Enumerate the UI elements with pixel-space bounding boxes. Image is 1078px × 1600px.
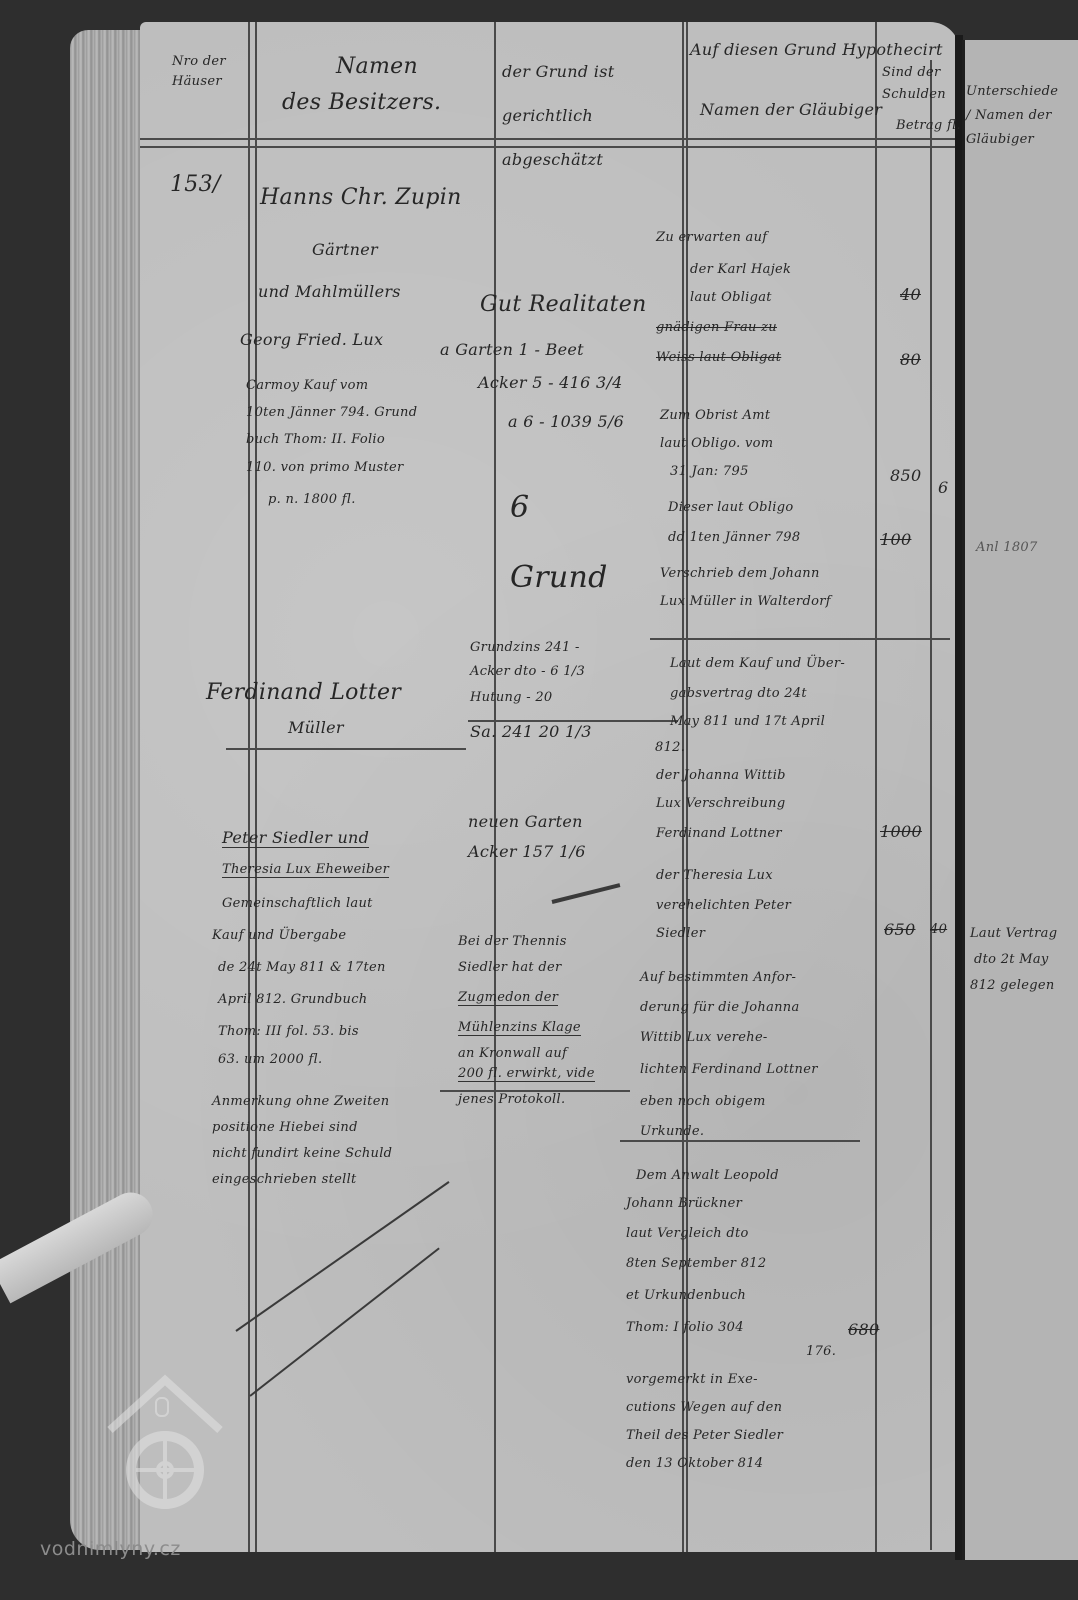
- column-rule: [930, 60, 932, 1550]
- right-page-note: Laut Vertrag: [970, 926, 1057, 941]
- header-col-debt-sub: Betrag fl.: [896, 118, 961, 133]
- owner-line: 110. von primo Muster: [246, 460, 404, 475]
- creditor-line: der Karl Hajek: [690, 262, 791, 277]
- property-note: Bei der Thennis: [458, 934, 567, 949]
- header-col-owner-2: des Besitzers.: [282, 90, 441, 115]
- entry-rule: [650, 638, 950, 640]
- owner-line: 63. um 2000 fl.: [218, 1052, 322, 1067]
- property-total: Sa. 241 20 1/3: [470, 722, 592, 741]
- creditor-line: Zu erwarten auf: [656, 230, 767, 245]
- creditor-amount: 680: [848, 1320, 879, 1339]
- owner-role: Gärtner: [312, 240, 378, 259]
- property-note: Siedler hat der: [458, 960, 562, 975]
- creditor-line: Ferdinand Lottner: [656, 826, 782, 841]
- property-note: 200 fl. erwirkt, vide: [458, 1066, 595, 1082]
- creditor-line: et Urkundenbuch: [626, 1288, 746, 1303]
- property-line: Acker 5 - 416 3/4: [478, 373, 623, 392]
- property-note: Zugmedon der: [458, 990, 558, 1006]
- creditor-amount: 1000: [880, 822, 922, 841]
- right-page-note: dto 2t May: [974, 952, 1049, 967]
- property-line: neuen Garten: [468, 812, 583, 831]
- entry-rule: [620, 1140, 860, 1142]
- creditor-line: laut Obligo. vom: [660, 436, 773, 451]
- entry-rule: [226, 748, 466, 750]
- creditor-line: lichten Ferdinand Lottner: [640, 1062, 818, 1077]
- owner-line: Gemeinschaftlich laut: [222, 896, 373, 911]
- header-col-number: Nro der Häuser: [172, 52, 242, 92]
- property-line: 6: [510, 490, 529, 525]
- annotation-line: nicht fundirt keine Schuld: [212, 1146, 392, 1161]
- owner-note: und Mahlmüllers: [258, 282, 401, 301]
- watermill-logo-icon: [100, 1370, 230, 1510]
- creditor-line: laut Vergleich dto: [626, 1226, 749, 1241]
- creditor-line: Johann Brückner: [626, 1196, 742, 1211]
- creditor-line: Lux Müller in Walterdorf: [660, 594, 831, 609]
- header-col-creditor: Namen der Gläubiger: [700, 100, 882, 119]
- annotation-line: Anmerkung ohne Zweiten: [212, 1094, 389, 1109]
- creditor-amount-kr: 6: [938, 478, 948, 497]
- annotation-line: eingeschrieben stellt: [212, 1172, 357, 1187]
- creditor-amount: 80: [900, 350, 921, 369]
- entry-number: 153/: [170, 172, 221, 197]
- creditor-line: Laut dem Kauf und Über-: [670, 656, 845, 671]
- creditor-line: Theil des Peter Siedler: [626, 1428, 783, 1443]
- property-line: Acker 157 1/6: [468, 842, 586, 861]
- owner-line: Thom: III fol. 53. bis: [218, 1024, 359, 1039]
- right-page-note: 812 gelegen: [970, 978, 1055, 993]
- creditor-line: eben noch obigem: [640, 1094, 766, 1109]
- creditor-line: der Theresia Lux: [656, 868, 773, 883]
- creditor-line: Lux Verschreibung: [656, 796, 785, 811]
- property-line: a Garten 1 - Beet: [440, 340, 584, 359]
- facing-page: [962, 40, 1078, 1560]
- property-line: Acker dto - 6 1/3: [470, 664, 585, 679]
- creditor-line: 31 Jan: 795: [670, 464, 749, 479]
- creditor-amount-kr: 40: [930, 922, 947, 937]
- owner-line: Theresia Lux Eheweiber: [222, 862, 389, 878]
- creditor-line: laut Obligat: [690, 290, 772, 305]
- property-note: an Kronwall auf: [458, 1046, 567, 1061]
- property-line: Hutung - 20: [470, 690, 553, 705]
- property-section-heading: Grund: [510, 560, 608, 595]
- creditor-amount: 40: [900, 285, 921, 304]
- header-col-owner-1: Namen: [336, 54, 418, 79]
- creditor-line: 812.: [655, 740, 685, 755]
- creditor-line: Auf bestimmten Anfor-: [640, 970, 796, 985]
- property-note: Mühlenzins Klage: [458, 1020, 581, 1036]
- owner-line: de 24t May 811 & 17ten: [218, 960, 386, 975]
- owner-name: Peter Siedler und: [222, 828, 369, 848]
- header-col-property: der Grund ist gerichtlich abgeschätzt: [502, 50, 682, 182]
- header-right-page: Unterschiede / Namen der Gläubiger: [966, 80, 1066, 152]
- owner-line: Carmoy Kauf vom: [246, 378, 368, 393]
- owner-name: Georg Fried. Lux: [240, 330, 383, 349]
- creditor-line: Siedler: [656, 926, 705, 941]
- column-rule: [255, 22, 257, 1552]
- creditor-amount: 850: [890, 466, 921, 485]
- owner-line: Kauf und Übergabe: [212, 928, 346, 943]
- property-note: jenes Protokoll.: [458, 1092, 565, 1107]
- creditor-line: dd 1ten Jänner 798: [668, 530, 800, 545]
- creditor-line: Dieser laut Obligo: [668, 500, 793, 515]
- creditor-line: May 811 und 17t April: [670, 714, 825, 729]
- creditor-line: den 13 Oktober 814: [626, 1456, 763, 1471]
- owner-line: p. n. 1800 fl.: [268, 492, 356, 507]
- creditor-line: 8ten September 812: [626, 1256, 766, 1271]
- watermark-text: vodnimlyny.cz: [40, 1538, 181, 1560]
- right-page-note: Anl 1807: [976, 540, 1038, 555]
- property-line: a 6 - 1039 5/6: [508, 412, 624, 431]
- header-col-mortgage: Auf diesen Grund Hypothecirt: [690, 40, 943, 59]
- creditor-line: Wittib Lux verehe-: [640, 1030, 768, 1045]
- property-heading: Gut Realitaten: [480, 292, 647, 317]
- book-page-edges: [70, 30, 150, 1550]
- creditor-line: der Johanna Wittib: [656, 768, 786, 783]
- creditor-line: Thom: I folio 304: [626, 1320, 744, 1335]
- owner-line: April 812. Grundbuch: [218, 992, 367, 1007]
- register-page: [140, 22, 960, 1552]
- annotation-line: positione Hiebei sind: [212, 1120, 358, 1135]
- creditor-line: Dem Anwalt Leopold: [636, 1168, 779, 1183]
- owner-line: 10ten Jänner 794. Grund: [246, 405, 417, 420]
- creditor-line: Urkunde.: [640, 1124, 704, 1139]
- creditor-line: Verschrieb dem Johann: [660, 566, 820, 581]
- creditor-line: Weiss laut Obligat: [656, 350, 781, 365]
- owner-line: buch Thom: II. Folio: [246, 432, 385, 447]
- owner-name: Ferdinand Lotter: [206, 680, 401, 705]
- creditor-amount: 650: [884, 920, 915, 939]
- creditor-amount: 100: [880, 530, 911, 549]
- owner-role: Müller: [288, 718, 344, 737]
- owner-name: Hanns Chr. Zupin: [260, 185, 462, 210]
- header-col-debt: Sind der Schulden: [882, 62, 952, 106]
- creditor-line: Zum Obrist Amt: [660, 408, 770, 423]
- creditor-line: 176.: [806, 1344, 836, 1359]
- creditor-line: gnädigen Frau zu: [656, 320, 777, 335]
- creditor-line: gabsvertrag dto 24t: [670, 686, 807, 701]
- creditor-line: vorgemerkt in Exe-: [626, 1372, 758, 1387]
- creditor-line: derung für die Johanna: [640, 1000, 800, 1015]
- column-rule: [494, 22, 496, 1552]
- property-line: Grundzins 241 -: [470, 640, 580, 655]
- creditor-line: cutions Wegen auf den: [626, 1400, 782, 1415]
- creditor-line: verehelichten Peter: [656, 898, 791, 913]
